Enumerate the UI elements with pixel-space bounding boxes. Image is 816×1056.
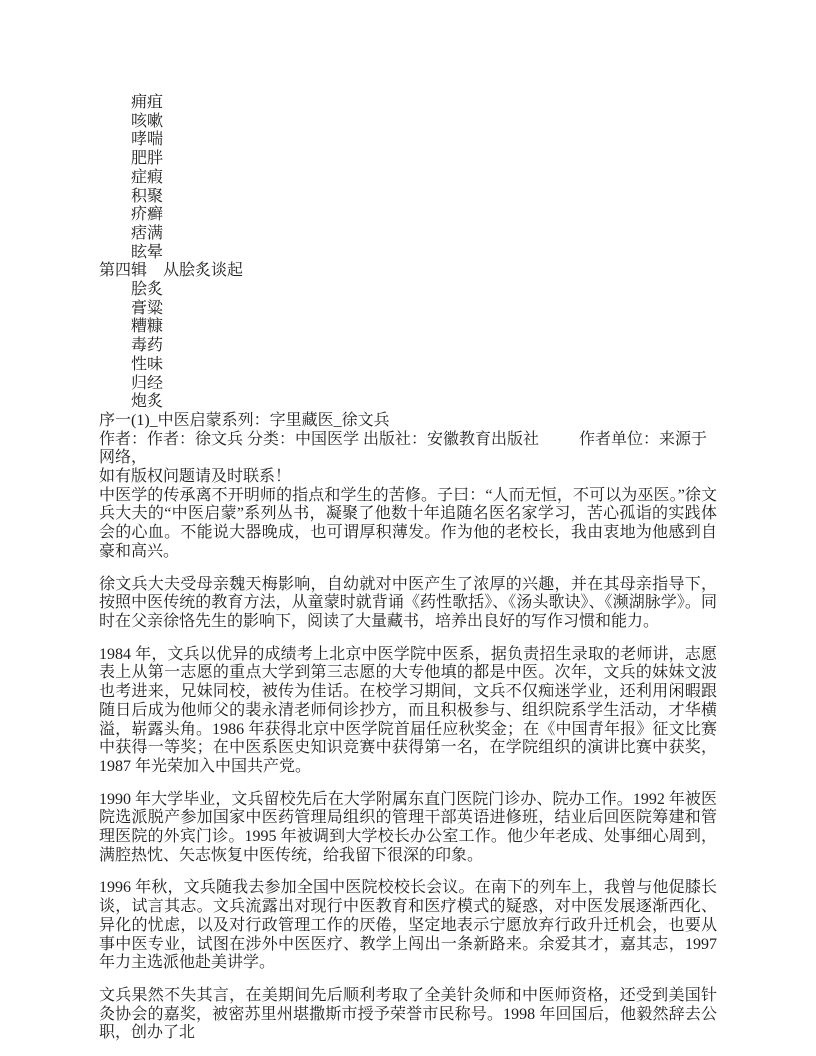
toc-item: 性味 (99, 356, 717, 375)
toc-item: 咳嗽 (99, 113, 717, 132)
toc-item: 症瘕 (99, 169, 717, 188)
toc-item: 毒药 (99, 337, 717, 356)
toc-item: 炮炙 (99, 393, 717, 412)
paragraph: 徐文兵大夫受母亲魏天梅影响，自幼就对中医产生了浓厚的兴趣，并在其母亲指导下，按照… (99, 576, 717, 632)
toc-item: 哮喘 (99, 131, 717, 150)
toc-item: 痈疽 (99, 94, 717, 113)
toc-item: 眩晕 (99, 244, 717, 263)
article-title: 序一(1)_中医启蒙系列：字里藏医_徐文兵 (99, 412, 717, 431)
toc-item: 肥胖 (99, 150, 717, 169)
table-of-contents: 痈疽 咳嗽 哮喘 肥胖 症瘕 积聚 疥癣 痞满 眩晕 第四辑 从脍炙谈起 脍炙 … (99, 94, 717, 412)
paragraph: 1996 年秋，文兵随我去参加全国中医院校校长会议。在南下的列车上，我曾与他促膝… (99, 879, 717, 973)
meta-author-publisher: 作者：作者：徐文兵 分类：中国医学 出版社：安徽教育出版社 (99, 431, 539, 448)
toc-item: 疥癣 (99, 206, 717, 225)
document-page: 痈疽 咳嗽 哮喘 肥胖 症瘕 积聚 疥癣 痞满 眩晕 第四辑 从脍炙谈起 脍炙 … (0, 0, 816, 1056)
paragraph: 中医学的传承离不开明师的指点和学生的苦修。子曰：“人而无恒，不可以为巫医。”徐文… (99, 487, 717, 562)
toc-item: 脍炙 (99, 281, 717, 300)
toc-item: 痞满 (99, 225, 717, 244)
article: 序一(1)_中医启蒙系列：字里藏医_徐文兵 作者：作者：徐文兵 分类：中国医学 … (99, 412, 717, 1043)
page-content: 痈疽 咳嗽 哮喘 肥胖 症瘕 积聚 疥癣 痞满 眩晕 第四辑 从脍炙谈起 脍炙 … (99, 94, 717, 1043)
paragraph: 文兵果然不失其言，在美期间先后顺利考取了全美针灸师和中医师资格，还受到美国针灸协… (99, 987, 717, 1043)
article-meta-continued: 如有版权问题请及时联系！ (99, 468, 717, 487)
paragraph: 1984 年，文兵以优异的成绩考上北京中医学院中医系，据负责招生录取的老师讲，志… (99, 646, 717, 777)
paragraph: 1990 年大学毕业，文兵留校先后在大学附属东直门医院门诊办、院办工作。1992… (99, 791, 717, 866)
toc-item: 糟糠 (99, 318, 717, 337)
toc-item: 归经 (99, 375, 717, 394)
article-meta: 作者：作者：徐文兵 分类：中国医学 出版社：安徽教育出版社作者单位：来源于网络， (99, 431, 717, 468)
toc-item: 积聚 (99, 188, 717, 207)
toc-item: 膏粱 (99, 300, 717, 319)
toc-section-header: 第四辑 从脍炙谈起 (99, 262, 717, 281)
